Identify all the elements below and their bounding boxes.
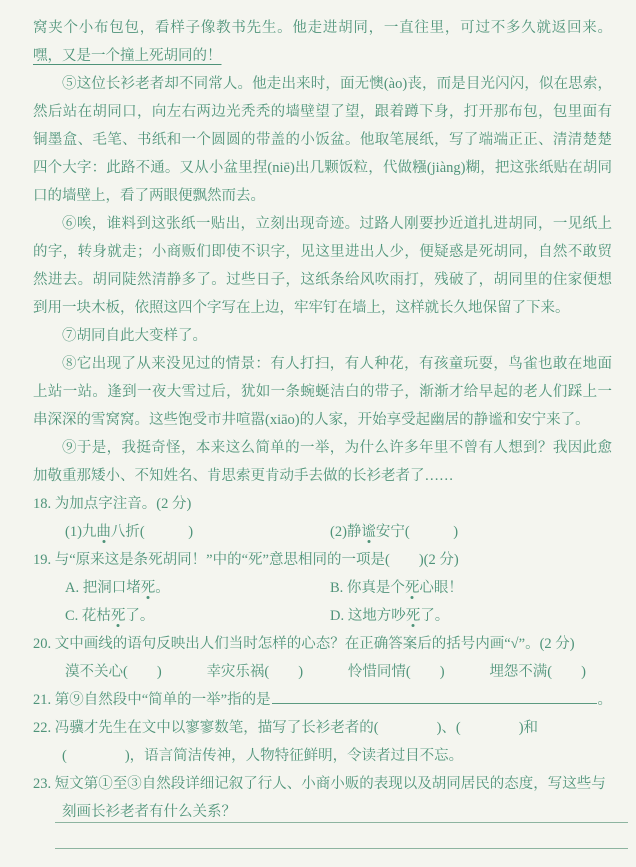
item-text: 八折( ): [111, 524, 193, 540]
question-20-options: 漠不关心( ) 幸灾乐祸( ) 怜惜同情( ) 埋怨不满( ): [33, 658, 586, 686]
option-text: 心眼！: [419, 580, 463, 596]
question-18-stem: 18. 为加点字注音。(2 分): [33, 490, 612, 518]
item-text: (2)静: [330, 524, 361, 540]
option-text: B. 你真是个: [330, 580, 405, 596]
question-21-suffix: 。: [598, 686, 613, 714]
question-20-option-4: 埋怨不满( ): [489, 658, 586, 686]
option-text: C. 花枯: [65, 608, 111, 624]
question-21-blank-line: [272, 689, 597, 705]
option-a: A. 把洞口堵死。: [65, 574, 330, 602]
option-text: 了。: [125, 608, 154, 624]
question-22: 22. 冯骥才先生在文中以寥寥数笔，描写了长衫老者的( )、( )和 ( )，语…: [33, 714, 612, 770]
question-18: 18. 为加点字注音。(2 分) (1)九曲八折( ) (2)静谧安宁( ): [33, 490, 612, 546]
question-20-option-2: 幸灾乐祸( ): [206, 658, 303, 686]
question-18-item-1: (1)九曲八折( ): [65, 518, 330, 546]
option-text: A. 把洞口堵: [65, 580, 141, 596]
dotted-char: 死: [406, 608, 421, 624]
option-text: 。: [155, 580, 170, 596]
underlined-phrase: 嘿，又是一个撞上死胡同的！: [33, 48, 222, 64]
question-19: 19. 与“原来这是条死胡同！”中的“死”意思相同的一项是( )(2 分) A.…: [33, 546, 612, 630]
exam-page: 窝夹个小布包包，看样子像教书先生。他走进胡同，一直往里，可过不多久就返回来。嘿，…: [0, 0, 636, 867]
passage-paragraph-8: ⑧它出现了从来没见过的情景：有人打扫，有人种花，有孩童玩耍，鸟雀也敢在地面上站一…: [33, 350, 612, 434]
option-text: 了。: [420, 608, 449, 624]
passage-paragraph-9: ⑨于是，我挺奇怪，本来这么简单的一举，为什么许多年里不曾有人想到？我因此愈加敬重…: [33, 434, 612, 490]
question-21-stem: 21. 第⑨自然段中“简单的一举”指的是: [33, 686, 271, 714]
question-22-line-2: ( )，语言简洁传神，人物特征鲜明，令读者过目不忘。: [33, 742, 612, 770]
answer-line-1: [55, 822, 628, 823]
passage-continuation-text: 窝夹个小布包包，看样子像教书先生。他走进胡同，一直往里，可过不多久就返回来。: [33, 20, 612, 36]
question-19-options-ab: A. 把洞口堵死。 B. 你真是个死心眼！: [33, 574, 612, 602]
question-22-line-1: 22. 冯骥才先生在文中以寥寥数笔，描写了长衫老者的( )、( )和: [33, 714, 612, 742]
option-c: C. 花枯死了。: [65, 602, 330, 630]
option-text: D. 这地方吵: [330, 608, 406, 624]
question-21: 21. 第⑨自然段中“简单的一举”指的是 。: [33, 686, 612, 714]
question-23: 23. 短文第①至③自然段详细记叙了行人、小商小贩的表现以及胡同居民的态度，写这…: [33, 770, 612, 826]
question-20-option-3: 怜惜同情( ): [348, 658, 445, 686]
question-19-options-cd: C. 花枯死了。 D. 这地方吵死了。: [33, 602, 612, 630]
option-d: D. 这地方吵死了。: [330, 602, 449, 630]
passage-continuation: 窝夹个小布包包，看样子像教书先生。他走进胡同，一直往里，可过不多久就返回来。嘿，…: [33, 14, 612, 70]
item-text: (1)九: [65, 524, 96, 540]
question-19-stem: 19. 与“原来这是条死胡同！”中的“死”意思相同的一项是( )(2 分): [33, 546, 612, 574]
dotted-char: 死: [405, 580, 420, 596]
question-20-option-1: 漠不关心( ): [65, 658, 162, 686]
passage-paragraph-5: ⑤这位长衫老者却不同常人。他走出来时，面无懊(ào)丧，而是目光闪闪，似在思索，…: [33, 70, 612, 210]
passage-paragraph-7: ⑦胡同自此大变样了。: [33, 322, 612, 350]
question-18-item-2: (2)静谧安宁( ): [330, 518, 458, 546]
answer-line-2: [55, 848, 628, 849]
option-b: B. 你真是个死心眼！: [330, 574, 463, 602]
dotted-char: 死: [111, 608, 126, 624]
dotted-char: 谧: [361, 524, 376, 540]
passage-paragraph-6: ⑥唉，谁料到这张纸一贴出，立刻出现奇迹。过路人刚要抄近道扎进胡同，一见纸上的字，…: [33, 210, 612, 322]
dotted-char: 曲: [96, 524, 111, 540]
question-18-items: (1)九曲八折( ) (2)静谧安宁( ): [33, 518, 612, 546]
question-20: 20. 文中画线的语句反映出人们当时怎样的心态？在正确答案后的括号内画“√”。(…: [33, 630, 612, 686]
question-section: 18. 为加点字注音。(2 分) (1)九曲八折( ) (2)静谧安宁( ) 1…: [33, 490, 612, 826]
item-text: 安宁( ): [376, 524, 458, 540]
dotted-char: 死: [141, 580, 156, 596]
question-23-line-1: 23. 短文第①至③自然段详细记叙了行人、小商小贩的表现以及胡同居民的态度，写这…: [33, 770, 612, 798]
reading-passage: 窝夹个小布包包，看样子像教书先生。他走进胡同，一直往里，可过不多久就返回来。嘿，…: [33, 14, 612, 490]
question-20-stem: 20. 文中画线的语句反映出人们当时怎样的心态？在正确答案后的括号内画“√”。(…: [33, 630, 612, 658]
